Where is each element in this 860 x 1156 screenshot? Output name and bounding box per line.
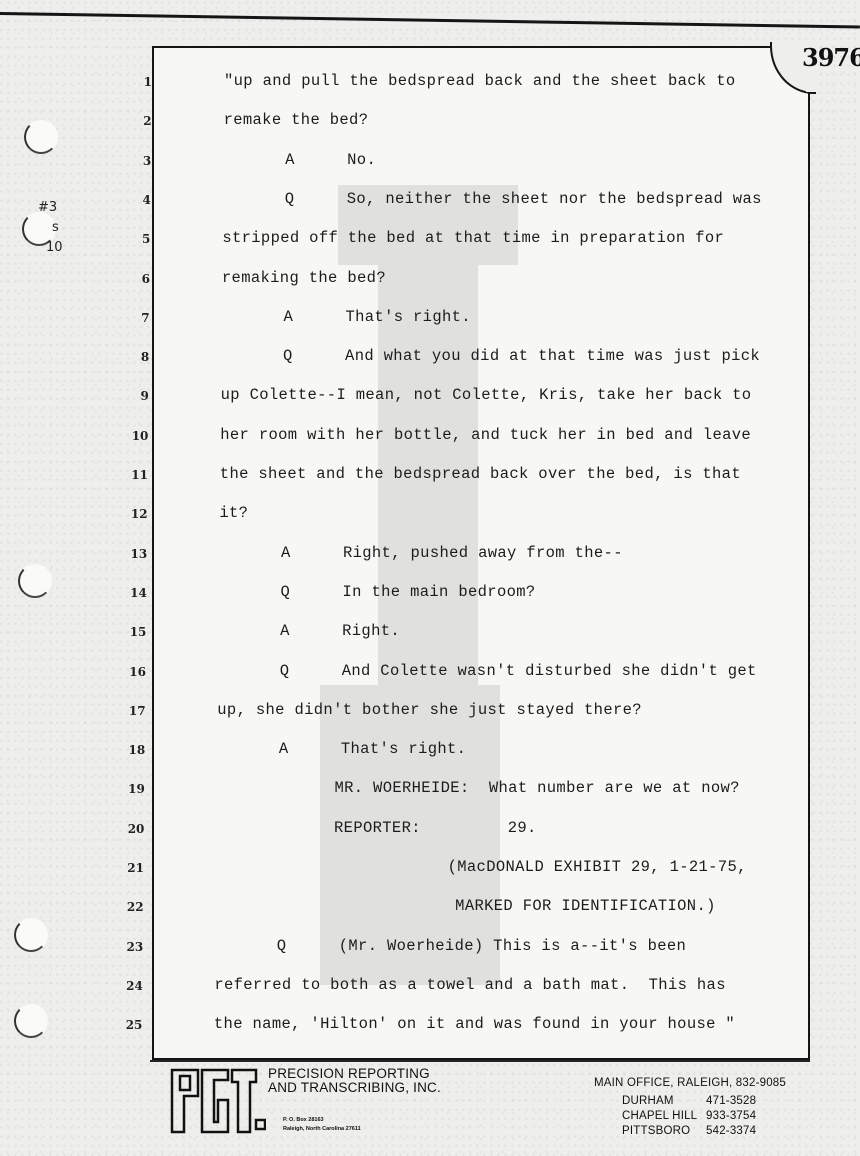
transcript-line: MR. WOERHEIDE: What number are we at now… xyxy=(334,779,739,797)
transcript-line: (MacDONALD EXHIBIT 29, 1-21-75, xyxy=(448,858,747,876)
top-rule xyxy=(0,12,860,29)
line-number: 25 xyxy=(106,1018,142,1032)
transcript-line: the sheet and the bedspread back over th… xyxy=(220,465,741,483)
transcript-line: No. xyxy=(347,151,376,169)
office-phone-chapel-hill: 933-3754 xyxy=(706,1110,756,1122)
line-number: 15 xyxy=(110,625,146,639)
binder-hole xyxy=(14,1004,48,1038)
office-city-durham: DURHAM xyxy=(622,1095,674,1107)
transcript-line: So, neither the sheet nor the bedspread … xyxy=(347,190,762,208)
speaker-label: Q xyxy=(277,937,287,955)
transcript-line: And what you did at that time was just p… xyxy=(345,347,760,365)
footer-rule xyxy=(150,1060,810,1062)
line-number: 5 xyxy=(114,232,150,246)
line-number: 16 xyxy=(110,665,146,679)
line-number: 1 xyxy=(116,75,152,89)
line-number: 7 xyxy=(114,311,150,325)
line-number: 19 xyxy=(109,782,145,796)
company-name-line1: PRECISION REPORTING xyxy=(268,1066,430,1081)
line-number: 17 xyxy=(110,704,146,718)
transcript-line: MARKED FOR IDENTIFICATION.) xyxy=(455,897,716,915)
transcript-line: (Mr. Woerheide) This is a--it's been xyxy=(339,937,686,955)
transcript-line: "up and pull the bedspread back and the … xyxy=(224,72,736,90)
binder-hole xyxy=(14,918,48,952)
transcript-line: Right, pushed away from the-- xyxy=(343,544,623,562)
office-city-chapel-hill: CHAPEL HILL xyxy=(622,1110,697,1122)
line-number: 22 xyxy=(108,900,144,914)
transcript-line: remake the bed? xyxy=(224,111,369,129)
transcript-line: remaking the bed? xyxy=(222,269,386,287)
company-address-line2: Raleigh, North Carolina 27611 xyxy=(283,1126,361,1132)
transcript-line: it? xyxy=(219,504,248,522)
transcript-line: her room with her bottle, and tuck her i… xyxy=(220,426,751,444)
speaker-label: A xyxy=(281,544,291,562)
speaker-label: Q xyxy=(281,583,291,601)
line-number: 8 xyxy=(113,350,149,364)
transcript-line: REPORTER: 29. xyxy=(334,819,537,837)
transcript-line: up, she didn't bother she just stayed th… xyxy=(217,701,642,719)
line-number: 6 xyxy=(114,272,150,286)
line-number: 9 xyxy=(113,389,149,403)
line-number: 12 xyxy=(112,507,148,521)
line-number: 4 xyxy=(115,193,151,207)
line-number: 2 xyxy=(116,114,152,128)
office-phone-durham: 471-3528 xyxy=(706,1095,756,1107)
line-number: 3 xyxy=(115,154,151,168)
margin-note-exhibit: #3 xyxy=(38,200,57,215)
speaker-label: A xyxy=(283,308,293,326)
margin-note-s: s xyxy=(52,220,59,235)
binder-hole xyxy=(18,564,52,598)
speaker-label: A xyxy=(280,622,290,640)
line-number: 14 xyxy=(111,586,147,600)
speaker-label: A xyxy=(285,151,295,169)
speaker-label: Q xyxy=(283,347,293,365)
transcript-line: stripped off the bed at that time in pre… xyxy=(222,229,724,247)
line-number: 21 xyxy=(108,861,144,875)
line-number: 10 xyxy=(112,429,148,443)
speaker-label: Q xyxy=(285,190,295,208)
speaker-label: Q xyxy=(280,662,290,680)
transcript-line: the name, 'Hilton' on it and was found i… xyxy=(214,1015,735,1033)
speaker-label: A xyxy=(279,740,289,758)
company-name-line2: AND TRANSCRIBING, INC. xyxy=(268,1080,441,1095)
line-number: 13 xyxy=(111,547,147,561)
main-office: MAIN OFFICE, RALEIGH, 832-9085 xyxy=(594,1077,786,1089)
company-address-line1: P. O. Box 28163 xyxy=(283,1117,324,1123)
transcript-line: And Colette wasn't disturbed she didn't … xyxy=(342,662,757,680)
line-number: 11 xyxy=(112,468,148,482)
office-phone-pittsboro: 542-3374 xyxy=(706,1125,756,1137)
transcript-line: up Colette--I mean, not Colette, Kris, t… xyxy=(221,386,752,404)
page-number: 3976 xyxy=(802,43,860,72)
transcript-line: Right. xyxy=(342,622,400,640)
line-number: 20 xyxy=(108,822,144,836)
office-city-pittsboro: PITTSBORO xyxy=(622,1125,690,1137)
line-number: 23 xyxy=(107,940,143,954)
margin-note-number: 10 xyxy=(46,240,63,255)
company-logo-icon xyxy=(170,1066,266,1136)
line-number: 18 xyxy=(109,743,145,757)
transcript-line: referred to both as a towel and a bath m… xyxy=(214,976,726,994)
transcript-line: That's right. xyxy=(345,308,470,326)
transcript-line: That's right. xyxy=(341,740,466,758)
transcript-line: In the main bedroom? xyxy=(343,583,536,601)
binder-hole xyxy=(24,120,58,154)
line-number: 24 xyxy=(107,979,143,993)
